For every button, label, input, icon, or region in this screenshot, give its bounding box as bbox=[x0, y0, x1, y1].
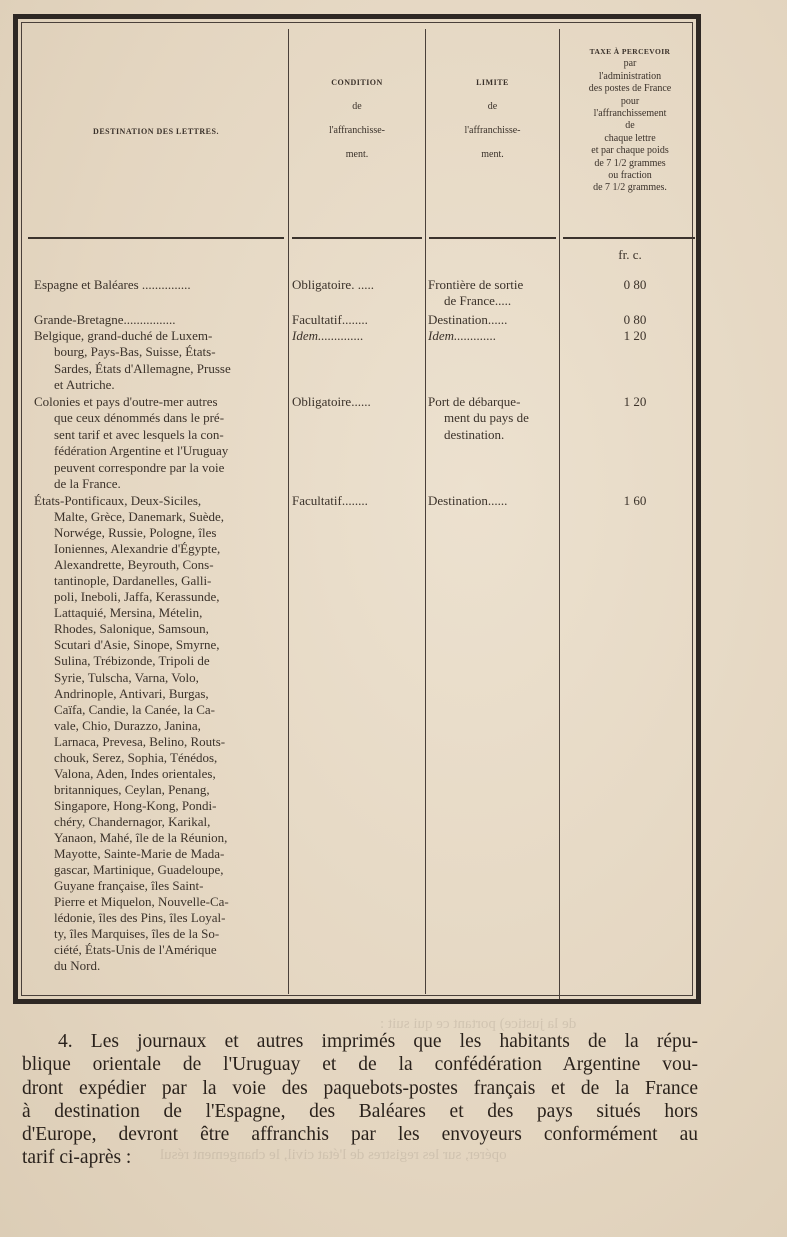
limite-line: Port de débarque- bbox=[428, 394, 529, 410]
paragraph-line: tarif ci-après : bbox=[22, 1146, 698, 1169]
header-rule bbox=[563, 237, 695, 239]
destination-line: Yanaon, Mahé, île de la Réunion, bbox=[34, 830, 229, 846]
header-taxe-line: pour bbox=[560, 96, 700, 108]
header-limite-line: LIMITE bbox=[426, 71, 559, 95]
destination-line: Alexandrette, Beyrouth, Cons- bbox=[34, 557, 229, 573]
header-taxe-line: ou fraction bbox=[560, 170, 700, 182]
destination-line: chouk, Serez, Sophia, Ténédos, bbox=[34, 750, 229, 766]
article-paragraph: 4. Les journaux et autres imprimés que l… bbox=[22, 1030, 698, 1170]
destination-line: ciété, États-Unis de l'Amérique bbox=[34, 942, 229, 958]
destination-line: que ceux dénommés dans le pré- bbox=[34, 410, 228, 426]
destination-line: Guyane française, îles Saint- bbox=[34, 878, 229, 894]
limite-line: ment du pays de bbox=[428, 410, 529, 426]
destination-line: Larnaca, Prevesa, Belino, Routs- bbox=[34, 734, 229, 750]
destination-line: Malte, Grèce, Danemark, Suède, bbox=[34, 509, 229, 525]
header-rule bbox=[292, 237, 422, 239]
paragraph-line: à destination de l'Espagne, des Baléares… bbox=[22, 1100, 698, 1123]
limite-line: de France..... bbox=[428, 293, 523, 309]
table-row-taxe: 0 80 bbox=[560, 312, 710, 328]
header-condition-line: de bbox=[289, 95, 425, 119]
destination-line: Syrie, Tulscha, Varna, Volo, bbox=[34, 670, 229, 686]
condition-line: Obligatoire...... bbox=[292, 394, 371, 410]
header-limite-line: de bbox=[426, 95, 559, 119]
header-condition: CONDITION de l'affranchisse- ment. bbox=[289, 71, 425, 167]
header-taxe-line: des postes de France bbox=[560, 83, 700, 95]
destination-line: peuvent correspondre par la voie bbox=[34, 460, 228, 476]
condition-line: Facultatif........ bbox=[292, 493, 368, 509]
unit-label: fr. c. bbox=[560, 247, 700, 263]
paragraph-line: blique orientale de l'Uruguay et de la c… bbox=[22, 1053, 698, 1076]
destination-line: Ioniennes, Alexandrie d'Égypte, bbox=[34, 541, 229, 557]
table-row-condition: Obligatoire...... bbox=[292, 394, 371, 410]
destination-line: Belgique, grand-duché de Luxem- bbox=[34, 328, 231, 344]
destination-line: tantinople, Dardanelles, Galli- bbox=[34, 573, 229, 589]
table-row-limite: Destination...... bbox=[428, 312, 507, 328]
header-limite-line: l'affranchisse- bbox=[426, 119, 559, 143]
header-limite: LIMITE de l'affranchisse- ment. bbox=[426, 71, 559, 167]
destination-line: lédonie, îles des Pins, îles Loyal- bbox=[34, 910, 229, 926]
destination-line: Sulina, Trébizonde, Tripoli de bbox=[34, 653, 229, 669]
table-row-taxe: 1 20 bbox=[560, 394, 710, 410]
header-taxe-line: TAXE À PERCEVOIR bbox=[560, 46, 700, 58]
column-divider bbox=[288, 29, 289, 994]
destination-line: et Autriche. bbox=[34, 377, 231, 393]
table-row-limite: Idem............. bbox=[428, 328, 496, 344]
header-taxe-line: de 7 1/2 grammes bbox=[560, 158, 700, 170]
table-row-limite: Port de débarque- ment du pays de destin… bbox=[428, 394, 529, 443]
destination-line: ty, îles Marquises, îles de la So- bbox=[34, 926, 229, 942]
destination-line: Norwége, Russie, Pologne, îles bbox=[34, 525, 229, 541]
condition-line: Idem.............. bbox=[292, 328, 364, 344]
destination-line: Grande-Bretagne................ bbox=[34, 312, 176, 328]
header-condition-line: ment. bbox=[289, 143, 425, 167]
destination-line: États-Pontificaux, Deux-Siciles, bbox=[34, 493, 229, 509]
table-row-condition: Facultatif........ bbox=[292, 493, 368, 509]
header-taxe-line: l'affranchissement bbox=[560, 108, 700, 120]
destination-line: Rhodes, Salonique, Samsoun, bbox=[34, 621, 229, 637]
destination-line: Valona, Aden, Indes orientales, bbox=[34, 766, 229, 782]
limite-line: Idem............. bbox=[428, 328, 496, 344]
table-row-destination: Belgique, grand-duché de Luxem- bourg, P… bbox=[34, 328, 231, 394]
paragraph-line: d'Europe, devront être affranchis par le… bbox=[22, 1123, 698, 1146]
condition-line: Obligatoire. ..... bbox=[292, 277, 374, 293]
destination-line: Espagne et Baléares ............... bbox=[34, 277, 191, 293]
destination-line: du Nord. bbox=[34, 958, 229, 974]
destination-line: fédération Argentine et l'Uruguay bbox=[34, 443, 228, 459]
table-row-limite: Destination...... bbox=[428, 493, 507, 509]
destination-line: britanniques, Ceylan, Penang, bbox=[34, 782, 229, 798]
destination-line: Pierre et Miquelon, Nouvelle-Ca- bbox=[34, 894, 229, 910]
condition-line: Facultatif........ bbox=[292, 312, 368, 328]
table-row-condition: Obligatoire. ..... bbox=[292, 277, 374, 293]
destination-line: de la France. bbox=[34, 476, 228, 492]
destination-line: poli, Ineboli, Jaffa, Kerassunde, bbox=[34, 589, 229, 605]
destination-line: Mayotte, Sainte-Marie de Mada- bbox=[34, 846, 229, 862]
header-destination: DESTINATION DES LETTRES. bbox=[28, 125, 284, 138]
header-taxe-line: et par chaque poids bbox=[560, 145, 700, 157]
table-row-destination: Colonies et pays d'outre-mer autres que … bbox=[34, 394, 228, 492]
header-taxe-line: l'administration bbox=[560, 71, 700, 83]
destination-line: Singapore, Hong-Kong, Pondi- bbox=[34, 798, 229, 814]
tariff-table: DESTINATION DES LETTRES. CONDITION de l'… bbox=[13, 14, 701, 1004]
header-taxe-line: chaque lettre bbox=[560, 133, 700, 145]
destination-line: Sardes, États d'Allemagne, Prusse bbox=[34, 361, 231, 377]
header-taxe: TAXE À PERCEVOIR par l'administration de… bbox=[560, 46, 700, 195]
table-row-destination: Espagne et Baléares ............... bbox=[34, 277, 191, 293]
destination-line: sent tarif et avec lesquels la con- bbox=[34, 427, 228, 443]
table-row-taxe: 0 80 bbox=[560, 277, 710, 293]
table-row-condition: Facultatif........ bbox=[292, 312, 368, 328]
table-row-condition: Idem.............. bbox=[292, 328, 364, 344]
destination-line: bourg, Pays-Bas, Suisse, États- bbox=[34, 344, 231, 360]
destination-line: gascar, Martinique, Guadeloupe, bbox=[34, 862, 229, 878]
limite-line: Destination...... bbox=[428, 312, 507, 328]
column-divider bbox=[425, 29, 426, 994]
destination-line: Lattaquié, Mersina, Mételin, bbox=[34, 605, 229, 621]
header-taxe-line: de 7 1/2 grammes. bbox=[560, 182, 700, 194]
header-condition-line: CONDITION bbox=[289, 71, 425, 95]
limite-line: Frontière de sortie bbox=[428, 277, 523, 293]
destination-line: chéry, Chandernagor, Karikal, bbox=[34, 814, 229, 830]
header-rule bbox=[28, 237, 284, 239]
paragraph-line: 4. Les journaux et autres imprimés que l… bbox=[22, 1030, 698, 1053]
header-condition-line: l'affranchisse- bbox=[289, 119, 425, 143]
table-row-taxe: 1 20 bbox=[560, 328, 710, 344]
destination-line: Scutari d'Asie, Sinope, Smyrne, bbox=[34, 637, 229, 653]
destination-line: vale, Chio, Durazzo, Janina, bbox=[34, 718, 229, 734]
header-taxe-line: de bbox=[560, 120, 700, 132]
destination-line: Caïfa, Candie, la Canée, la Ca- bbox=[34, 702, 229, 718]
limite-line: Destination...... bbox=[428, 493, 507, 509]
limite-line: destination. bbox=[428, 427, 529, 443]
table-row-limite: Frontière de sortie de France..... bbox=[428, 277, 523, 310]
header-limite-line: ment. bbox=[426, 143, 559, 167]
table-row-destination: États-Pontificaux, Deux-Siciles, Malte, … bbox=[34, 493, 229, 974]
header-taxe-line: par bbox=[560, 58, 700, 70]
header-rule bbox=[429, 237, 556, 239]
destination-line: Colonies et pays d'outre-mer autres bbox=[34, 394, 228, 410]
table-row-destination: Grande-Bretagne................ bbox=[34, 312, 176, 328]
table-row-taxe: 1 60 bbox=[560, 493, 710, 509]
destination-line: Andrinople, Antivari, Burgas, bbox=[34, 686, 229, 702]
paragraph-line: dront expédier par la voie des paquebots… bbox=[22, 1077, 698, 1100]
